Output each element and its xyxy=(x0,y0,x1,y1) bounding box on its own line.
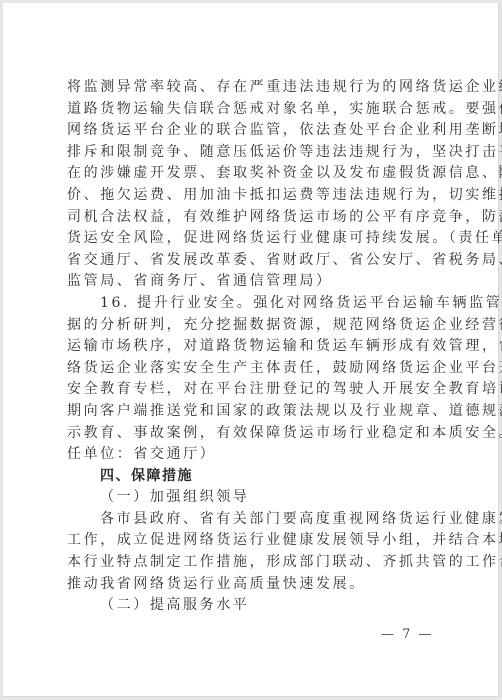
text-line: 期向客户端推送党和国家的政策法规以及行业规章、道德规范、警 xyxy=(67,401,439,423)
text-line: 在的涉嫌虚开发票、套取奖补资金以及发布虚假货源信息、随意压 xyxy=(67,163,439,185)
text-line: 工作，成立促进网络货运行业健康发展领导小组，并结合本地区、 xyxy=(67,530,439,552)
text-line: 司机合法权益，有效维护网络货运市场的公平有序竞争，防范网络 xyxy=(67,207,439,229)
text-line: 货运安全风险，促进网络货运行业健康可持续发展。（责任单位： xyxy=(67,228,439,250)
document-body: 将监测异常率较高、存在严重违法违规行为的网络货运企业纳入 道路货物运输失信联合惩… xyxy=(67,77,439,617)
paragraph-platform-supervision: 将监测异常率较高、存在严重违法违规行为的网络货运企业纳入 道路货物运输失信联合惩… xyxy=(67,77,439,293)
text-line: 价、拖欠运费、用加油卡抵扣运费等违法违规行为，切实维护货车 xyxy=(67,185,439,207)
text-line: 排斥和限制竞争、随意压低运价等违法违规行为，坚决打击平台存 xyxy=(67,142,439,164)
section-heading: 四、保障措施 xyxy=(67,466,439,488)
subsection-heading-service: （二）提高服务水平 xyxy=(67,595,439,617)
text-line: 安全教育专栏，对在平台注册登记的驾驶人开展安全教育培训，定 xyxy=(67,379,439,401)
text-line: 运输市场秩序，对道路货物运输和货运车辆形成有效管理，督促网 xyxy=(67,336,439,358)
text-line: 络货运企业落实安全生产主体责任，鼓励网络货运企业平台开辟 xyxy=(67,358,439,380)
text-line: 据的分析研判，充分挖掘数据资源，规范网络货运企业经营行为和 xyxy=(67,315,439,337)
text-line: 16. 提升行业安全。强化对网络货运平台运输车辆监管大数 xyxy=(67,293,439,315)
text-line: 网络货运平台企业的联合监管，依法查处平台企业利用垄断地位 xyxy=(67,120,439,142)
paragraph-organization-leadership: 各市县政府、省有关部门要高度重视网络货运行业健康发展 工作，成立促进网络货运行业… xyxy=(67,509,439,595)
text-line: 任单位：省交通厅） xyxy=(67,444,439,466)
text-line: 监管局、省商务厅、省通信管理局） xyxy=(67,271,439,293)
text-line: 道路货物运输失信联合惩戒对象名单，实施联合惩戒。要强化对 xyxy=(67,99,439,121)
text-line: 各市县政府、省有关部门要高度重视网络货运行业健康发展 xyxy=(67,509,439,531)
text-line: 将监测异常率较高、存在严重违法违规行为的网络货运企业纳入 xyxy=(67,77,439,99)
paragraph-industry-safety: 16. 提升行业安全。强化对网络货运平台运输车辆监管大数 据的分析研判，充分挖掘… xyxy=(67,293,439,466)
page-number: — 7 — xyxy=(381,627,434,642)
text-line: 本行业特点制定工作措施，形成部门联动、齐抓共管的工作合力， xyxy=(67,552,439,574)
text-line: 示教育、事故案例，有效保障货运市场行业稳定和本质安全。（责 xyxy=(67,423,439,445)
text-line: 推动我省网络货运行业高质量快速发展。 xyxy=(67,574,439,596)
document-page: 将监测异常率较高、存在严重违法违规行为的网络货运企业纳入 道路货物运输失信联合惩… xyxy=(3,3,499,697)
subsection-heading-leadership: （一）加强组织领导 xyxy=(67,487,439,509)
text-line: 省交通厅、省发展改革委、省财政厅、省公安厅、省税务局、省市场 xyxy=(67,250,439,272)
